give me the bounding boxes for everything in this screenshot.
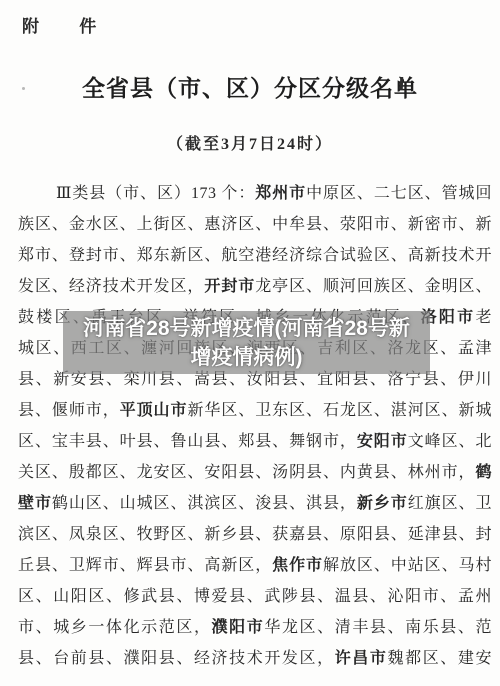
city-name: 郑州市: [255, 185, 306, 202]
watermark-line-1: 河南省28号新增疫情(河南省28号新: [83, 314, 410, 343]
scan-artifact-dot: [22, 87, 25, 90]
line-text: 市、城乡一体化示范区，: [18, 619, 212, 636]
attachment-label: 附 件: [22, 12, 114, 37]
document-line: 壁市鹤山区、山城区、淇滨区、浚县、淇县，新乡市红旗区、卫: [18, 488, 492, 519]
line-text: 区、山阳区、修武县、博爱县、武陟县、温县、沁阳市、孟州: [18, 588, 492, 605]
document-line: 滨区、凤泉区、牧野区、新乡县、获嘉县、原阳县、延津县、封: [18, 519, 492, 550]
city-name: 开封市: [204, 278, 255, 295]
document-line: 市、城乡一体化示范区，濮阳市华龙区、清丰县、南乐县、范: [18, 612, 492, 643]
line-text: 解放区、中站区、马村: [323, 557, 492, 574]
line-text: 族区、金水区、上街区、惠济区、中牟县、荥阳市、新密市、新: [18, 216, 492, 233]
line-text: 文峰区、北: [408, 433, 492, 450]
line-text: 滨区、凤泉区、牧野区、新乡县、获嘉县、原阳县、延津县、封: [18, 526, 492, 543]
line-text: 郑市、登封市、郑东新区、航空港经济综合试验区、高新技术开: [18, 247, 492, 264]
watermark-line-2: 增疫情病例): [191, 343, 303, 372]
document-line: 郑市、登封市、郑东新区、航空港经济综合试验区、高新技术开: [18, 240, 492, 271]
page-title: 全省县（市、区）分区分级名单: [0, 70, 500, 103]
document-line: 区、宝丰县、叶县、鲁山县、郏县、舞钢市，安阳市文峰区、北: [18, 426, 492, 457]
document-body: Ⅲ类县（市、区）173 个：郑州市中原区、二七区、管城回族区、金水区、上街区、惠…: [18, 178, 492, 674]
city-name: 平顶山市: [120, 402, 188, 419]
line-text: 县、台前县、濮阳县、经济技术开发区，: [18, 650, 335, 667]
city-name: 壁市: [18, 495, 52, 512]
document-line: 区、山阳区、修武县、博爱县、武陟县、温县、沁阳市、孟州: [18, 581, 492, 612]
line-text: 新华区、卫东区、石龙区、湛河区、新城: [187, 402, 492, 419]
document-line: Ⅲ类县（市、区）173 个：郑州市中原区、二七区、管城回: [18, 178, 492, 209]
line-text: Ⅲ类县（市、区）173 个：: [56, 185, 255, 202]
document-line: 发区、经济技术开发区，开封市龙亭区、顺河回族区、金明区、: [18, 271, 492, 302]
city-name: 新乡市: [357, 495, 408, 512]
line-text: 中原区、二七区、管城回: [306, 185, 492, 202]
city-name: 焦作市: [272, 557, 323, 574]
city-name: 鹤: [475, 464, 492, 481]
line-text: 龙亭区、顺河回族区、金明区、: [255, 278, 492, 295]
document-line: 丘县、卫辉市、辉县市、高新区，焦作市解放区、中站区、马村: [18, 550, 492, 581]
line-text: 魏都区、建安: [388, 650, 492, 667]
watermark-banner: 河南省28号新增疫情(河南省28号新 增疫情病例): [63, 311, 430, 374]
line-text: 鹤山区、山城区、淇滨区、浚县、淇县，: [52, 495, 357, 512]
page-subtitle: （截至3月7日24时）: [0, 131, 500, 154]
line-text: 老: [475, 309, 492, 326]
city-name: 濮阳市: [212, 619, 265, 636]
scanned-document-page: 附 件 全省县（市、区）分区分级名单 （截至3月7日24时） Ⅲ类县（市、区）1…: [0, 0, 500, 686]
line-text: 发区、经济技术开发区，: [18, 278, 204, 295]
document-line: 关区、殷都区、龙安区、安阳县、汤阴县、内黄县、林州市，鹤: [18, 457, 492, 488]
line-text: 县、偃师市，: [18, 402, 120, 419]
scan-artifact-tick: [400, 77, 403, 90]
line-text: 丘县、卫辉市、辉县市、高新区，: [18, 557, 272, 574]
document-line: 县、偃师市，平顶山市新华区、卫东区、石龙区、湛河区、新城: [18, 395, 492, 426]
line-text: 红旗区、卫: [408, 495, 492, 512]
line-text: 区、宝丰县、叶县、鲁山县、郏县、舞钢市，: [18, 433, 357, 450]
line-text: 华龙区、清丰县、南乐县、范: [264, 619, 492, 636]
city-name: 许昌市: [335, 650, 388, 667]
city-name: 安阳市: [357, 433, 408, 450]
document-line: 族区、金水区、上街区、惠济区、中牟县、荥阳市、新密市、新: [18, 209, 492, 240]
line-text: 关区、殷都区、龙安区、安阳县、汤阴县、内黄县、林州市，: [18, 464, 475, 481]
document-line: 县、台前县、濮阳县、经济技术开发区，许昌市魏都区、建安: [18, 643, 492, 674]
